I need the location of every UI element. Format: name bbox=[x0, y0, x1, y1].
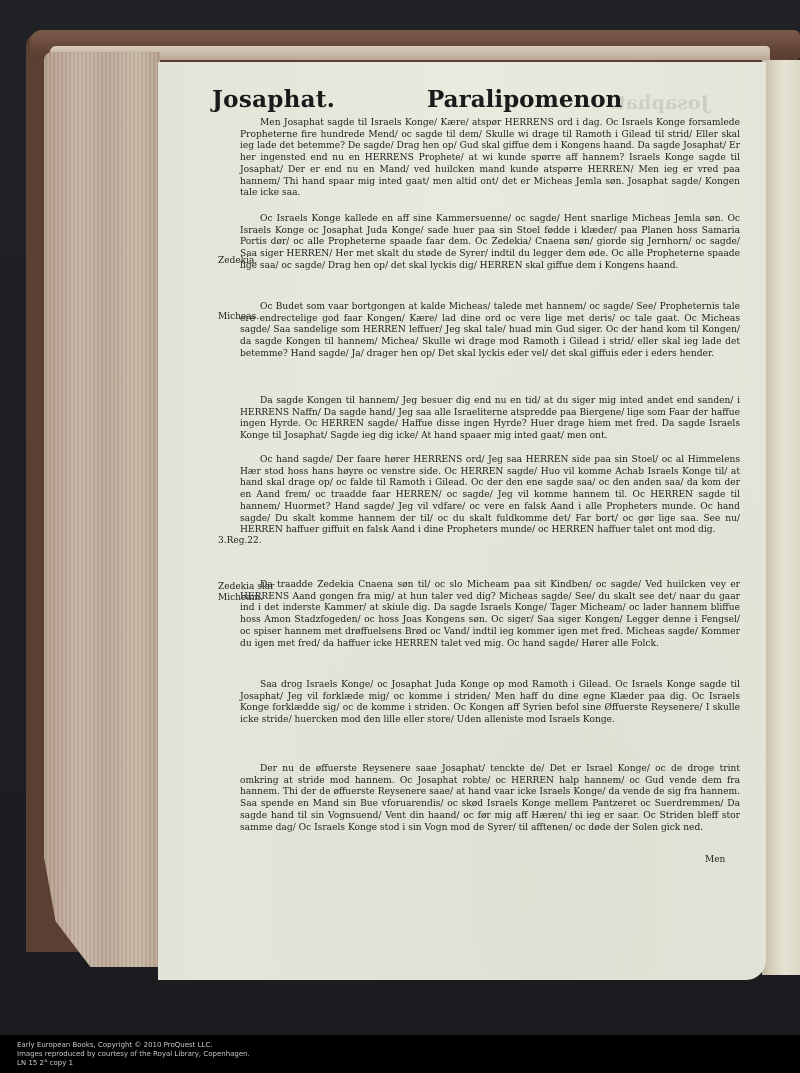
page-stack-fore-edge bbox=[44, 52, 160, 967]
paragraph-text: Da sagde Kongen til hannem/ Jeg besuer d… bbox=[240, 396, 740, 443]
copyright-footer: Early European Books, Copyright © 2010 P… bbox=[17, 1041, 250, 1068]
margin-note: Zedekia slar Micheam. bbox=[218, 582, 278, 604]
paragraph-text: Saa drog Israels Konge/ oc Josaphat Juda… bbox=[240, 680, 740, 727]
catchword: Men bbox=[705, 855, 725, 865]
paragraph-text: Der nu de øffuerste Reysenere saae Josap… bbox=[240, 764, 740, 834]
paragraph: Da sagde Kongen til hannem/ Jeg besuer d… bbox=[240, 396, 740, 443]
show-through-heading: Josaphat. bbox=[610, 92, 709, 114]
margin-note: Zedekia. bbox=[218, 256, 278, 267]
margin-note: Micheas. bbox=[218, 312, 278, 323]
margin-note: 3.Reg.22. bbox=[218, 536, 278, 547]
running-head-title: Paralipomenon bbox=[427, 86, 622, 113]
paragraph-text: Men Josaphat sagde til Israels Konge/ Kæ… bbox=[240, 118, 740, 200]
paragraph: Da traadde Zedekia Cnaena søn til/ oc sl… bbox=[240, 580, 740, 650]
paragraph-text: Oc hand sagde/ Der faare hører HERRENS o… bbox=[240, 455, 740, 537]
footer-line: Early European Books, Copyright © 2010 P… bbox=[17, 1041, 250, 1050]
paragraph: Oc Budet som vaar bortgongen at kalde Mi… bbox=[240, 302, 740, 361]
facing-page-gutter bbox=[762, 60, 800, 975]
paragraph: Oc hand sagde/ Der faare hører HERRENS o… bbox=[240, 455, 740, 537]
running-head-left: Josaphat. bbox=[212, 86, 335, 113]
paragraph: Saa drog Israels Konge/ oc Josaphat Juda… bbox=[240, 680, 740, 727]
paragraph: Men Josaphat sagde til Israels Konge/ Kæ… bbox=[240, 118, 740, 200]
footer-line: LN 15 2° copy 1 bbox=[17, 1059, 250, 1068]
paragraph-text: Oc Israels Konge kallede en aff sine Kam… bbox=[240, 214, 740, 273]
paragraph-text: Oc Budet som vaar bortgongen at kalde Mi… bbox=[240, 302, 740, 361]
paragraph: Der nu de øffuerste Reysenere saae Josap… bbox=[240, 764, 740, 834]
footer-line: Images reproduced by courtesy of the Roy… bbox=[17, 1050, 250, 1059]
paragraph: Oc Israels Konge kallede en aff sine Kam… bbox=[240, 214, 740, 273]
paragraph-text: Da traadde Zedekia Cnaena søn til/ oc sl… bbox=[240, 580, 740, 650]
